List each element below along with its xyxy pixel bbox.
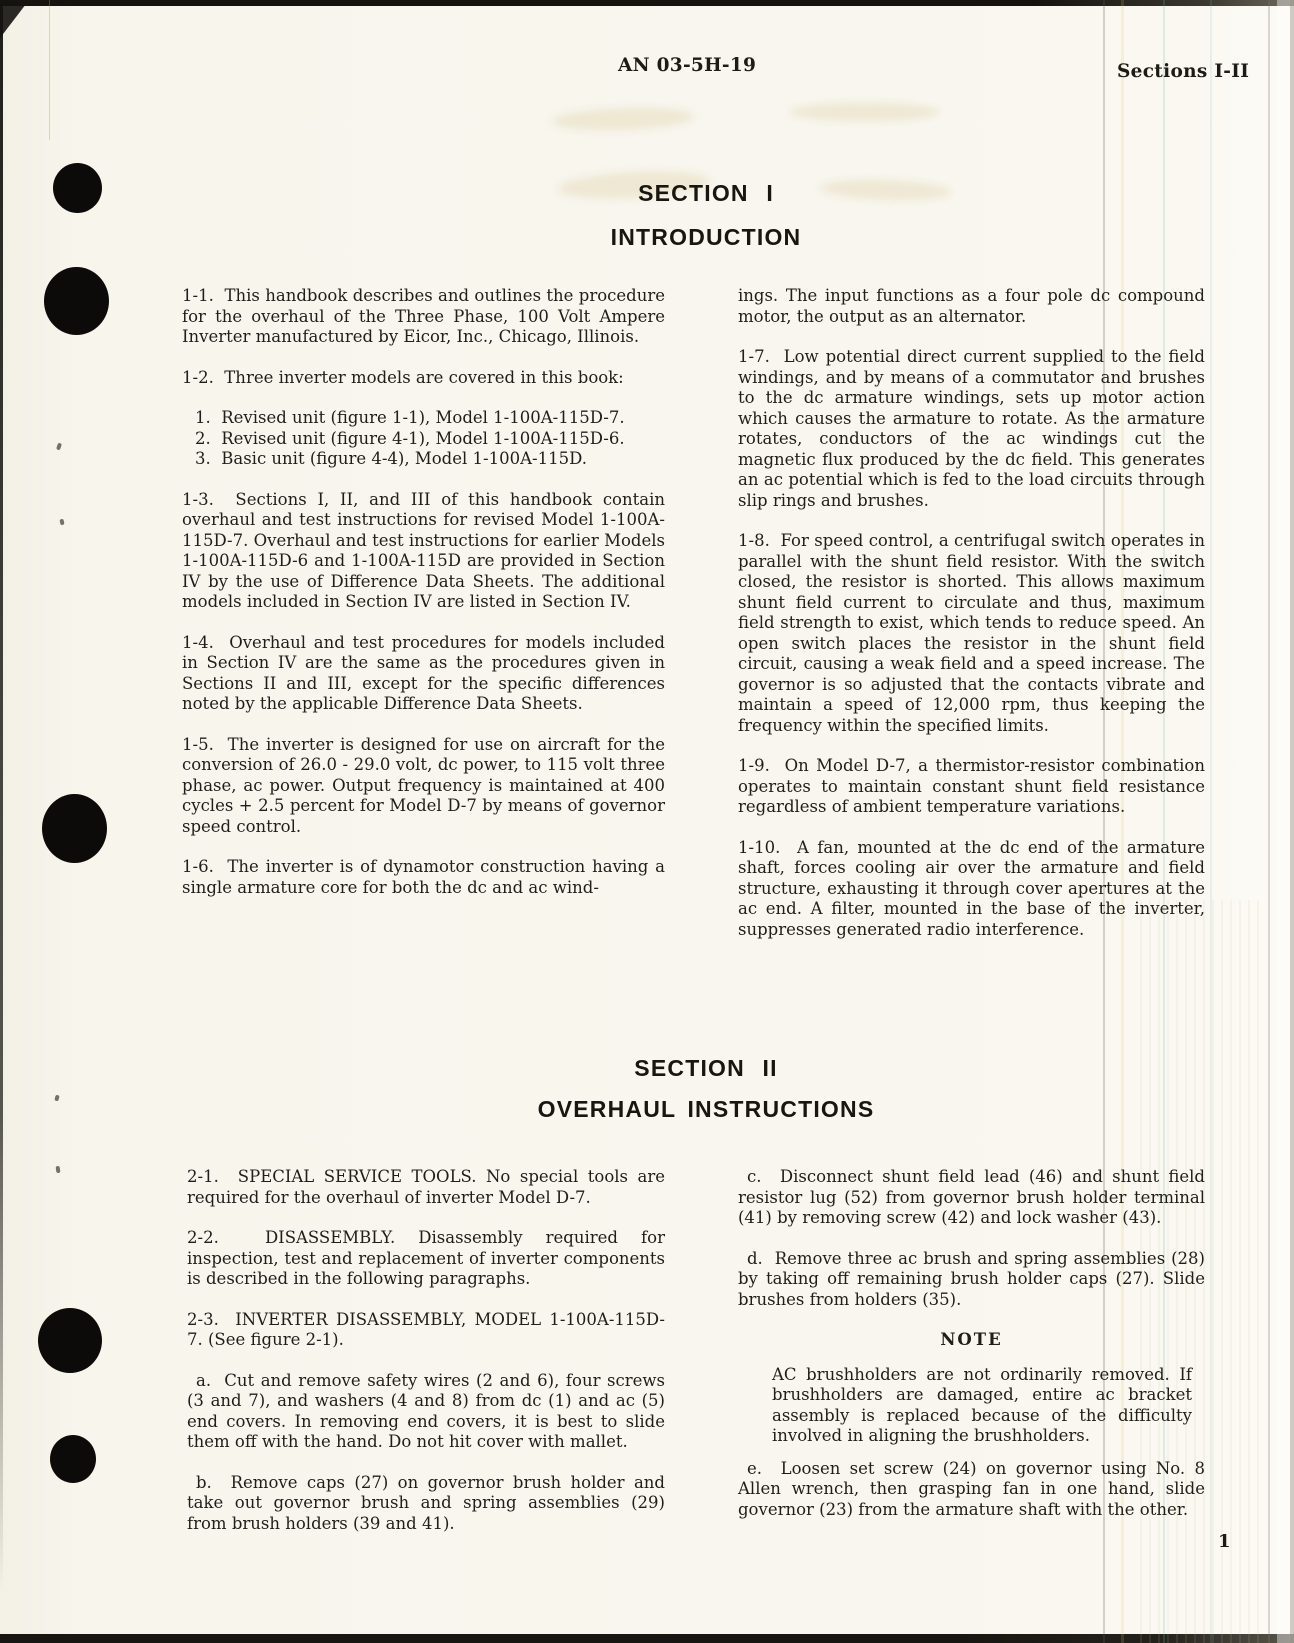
ink-speck — [56, 443, 62, 451]
paragraph-1-4: 1-4. Overhaul and test procedures for mo… — [182, 633, 665, 715]
list-item: 2. Revised unit (figure 4-1), Model 1-10… — [182, 429, 665, 450]
section1-right-column: ings. The input functions as a four pole… — [738, 286, 1205, 960]
paragraph-1-10: 1-10. A fan, mounted at the dc end of th… — [738, 838, 1205, 941]
paragraph-2-2: 2-2. DISASSEMBLY. Disassembly required f… — [187, 1228, 665, 1290]
punch-hole — [50, 1435, 96, 1483]
step-d: d. Remove three ac brush and spring asse… — [738, 1249, 1205, 1311]
scan-edge-right-line — [1290, 0, 1294, 1643]
list-item: 1. Revised unit (figure 1-1), Model 1-10… — [182, 408, 665, 429]
section1-left-column: 1-1. This handbook describes and outline… — [182, 286, 665, 918]
step-e: e. Loosen set screw (24) on governor usi… — [738, 1459, 1205, 1521]
note-body: AC brushholders are not ordinarily remov… — [772, 1365, 1192, 1447]
doc-number: AN 03-5H-19 — [618, 55, 756, 76]
paragraph-1-1: 1-1. This handbook describes and outline… — [182, 286, 665, 348]
paragraph-1-6: 1-6. The inverter is of dynamotor constr… — [182, 857, 665, 898]
paragraph-1-8: 1-8. For speed control, a centrifugal sw… — [738, 531, 1205, 736]
page-number: 1 — [1218, 1531, 1231, 1552]
paper-crease — [49, 0, 50, 140]
scan-edge-left — [0, 5, 3, 1590]
section2-left-column: 2-1. SPECIAL SERVICE TOOLS. No special t… — [187, 1167, 665, 1554]
scan-edge-top — [0, 0, 1294, 6]
paragraph-2-3: 2-3. INVERTER DISASSEMBLY, MODEL 1-100A-… — [187, 1310, 665, 1351]
bleed-through-smudge — [790, 103, 940, 121]
section1-title: SECTION I — [182, 180, 1230, 207]
paragraph-1-6-continuation: ings. The input functions as a four pole… — [738, 286, 1205, 327]
paragraph-1-9: 1-9. On Model D-7, a thermistor-resistor… — [738, 756, 1205, 818]
step-c: c. Disconnect shunt field lead (46) and … — [738, 1167, 1205, 1229]
paragraph-1-7: 1-7. Low potential direct current suppli… — [738, 347, 1205, 511]
step-b: b. Remove caps (27) on governor brush ho… — [187, 1473, 665, 1535]
model-list: 1. Revised unit (figure 1-1), Model 1-10… — [182, 408, 665, 470]
bleed-through-smudge — [552, 106, 695, 133]
section1-subtitle: INTRODUCTION — [182, 224, 1230, 251]
scanner-streak — [1268, 0, 1270, 1643]
punch-hole — [44, 267, 109, 335]
punch-hole — [38, 1308, 102, 1373]
paragraph-1-3: 1-3. Sections I, II, and III of this han… — [182, 490, 665, 613]
punch-hole — [53, 163, 102, 213]
ink-speck — [56, 1166, 61, 1173]
list-item: 3. Basic unit (figure 4-4), Model 1-100A… — [182, 449, 665, 470]
ink-speck — [54, 1095, 59, 1102]
step-a: a. Cut and remove safety wires (2 and 6)… — [187, 1371, 665, 1453]
paragraph-1-5: 1-5. The inverter is designed for use on… — [182, 735, 665, 838]
paragraph-2-1: 2-1. SPECIAL SERVICE TOOLS. No special t… — [187, 1167, 665, 1208]
section2-right-column: c. Disconnect shunt field lead (46) and … — [738, 1167, 1205, 1540]
note-heading: NOTE — [738, 1330, 1205, 1351]
punch-hole — [42, 794, 107, 863]
scanned-manual-page: AN 03-5H-19 Sections I-II SECTION I INTR… — [0, 0, 1294, 1643]
paragraph-1-2: 1-2. Three inverter models are covered i… — [182, 368, 665, 389]
scan-corner-shadow — [0, 4, 26, 38]
section2-title: SECTION II — [182, 1055, 1230, 1082]
section2-subtitle: OVERHAUL INSTRUCTIONS — [182, 1096, 1230, 1123]
scan-edge-bottom — [0, 1634, 1294, 1643]
ink-speck — [59, 519, 64, 526]
header-sections-label: Sections I-II — [1117, 61, 1249, 82]
